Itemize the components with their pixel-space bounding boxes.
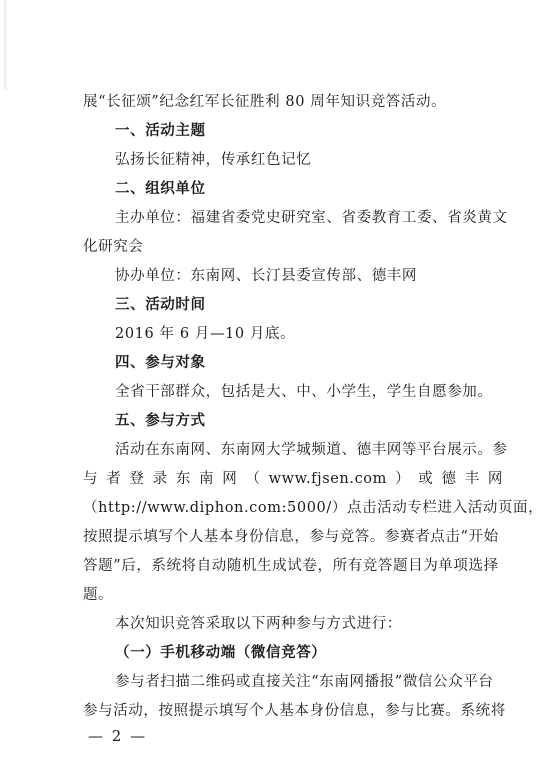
body-text-line: 活动在东南网、东南网大学城频道、德丰网等平台展示。参 <box>83 436 503 465</box>
body-text-line: 化研究会 <box>83 233 503 262</box>
body-text-line: 2016 年 6 月—10 月底。 <box>83 320 503 349</box>
document-body: 展“长征颂”纪念红军长征胜利 80 周年知识竞答活动。 一、活动主题 弘扬长征精… <box>83 88 503 726</box>
text-fragment: 录 <box>153 465 168 494</box>
text-fragment: 南 <box>199 465 214 494</box>
url-text-fjsen: www.fjsen.com <box>269 465 387 494</box>
text-fragment: 网 <box>222 465 237 494</box>
text-fragment: 网 <box>488 465 503 494</box>
text-fragment: ） <box>395 465 410 494</box>
text-fragment: 德 <box>441 465 456 494</box>
body-text-line: 协办单位：东南网、长汀县委宣传部、德丰网 <box>83 262 503 291</box>
text-fragment: 与 <box>83 465 98 494</box>
body-text-line: 题。 <box>83 581 503 610</box>
body-text-line: 本次知识竞答采取以下两种参与方式进行： <box>83 610 503 639</box>
body-text-line: 答题”后，系统将自动随机生成试卷，所有竞答题目为单项选择 <box>83 552 503 581</box>
text-fragment: 或 <box>418 465 433 494</box>
body-text-line: 参与活动，按照提示填写个人基本身份信息，参与比赛。系统将 <box>83 697 503 726</box>
text-fragment: 登 <box>129 465 144 494</box>
text-fragment: 东 <box>176 465 191 494</box>
section-heading-time: 三、活动时间 <box>83 291 503 320</box>
body-text-line-justified: 与 者 登 录 东 南 网 （ www.fjsen.com ） 或 德 丰 网 <box>83 465 503 494</box>
page-number: — 2 — <box>88 727 147 745</box>
body-text-line: （http://www.diphon.com:5000/）点击活动专栏进入活动页… <box>83 494 503 523</box>
body-text-line: 主办单位：福建省委党史研究室、省委教育工委、省炎黄文 <box>83 204 503 233</box>
body-text-line: 展“长征颂”纪念红军长征胜利 80 周年知识竞答活动。 <box>83 88 503 117</box>
text-fragment: （ <box>245 465 260 494</box>
body-text-line: 弘扬长征精神，传承红色记忆 <box>83 146 503 175</box>
section-heading-method: 五、参与方式 <box>83 407 503 436</box>
body-text-line: 参与者扫描二维码或直接关注“东南网播报”微信公众平台 <box>83 668 503 697</box>
text-fragment: 者 <box>106 465 121 494</box>
section-heading-participants: 四、参与对象 <box>83 349 503 378</box>
body-text-line: 按照提示填写个人基本身份信息，参与竞答。参赛者点击“开始 <box>83 523 503 552</box>
body-text-line: 全省干部群众，包括是大、中、小学生，学生自愿参加。 <box>83 378 503 407</box>
subsection-heading-mobile: （一）手机移动端（微信竞答） <box>83 639 503 668</box>
text-fragment: 丰 <box>465 465 480 494</box>
section-heading-theme: 一、活动主题 <box>83 117 503 146</box>
section-heading-organizers: 二、组织单位 <box>83 175 503 204</box>
scan-edge <box>4 0 7 90</box>
